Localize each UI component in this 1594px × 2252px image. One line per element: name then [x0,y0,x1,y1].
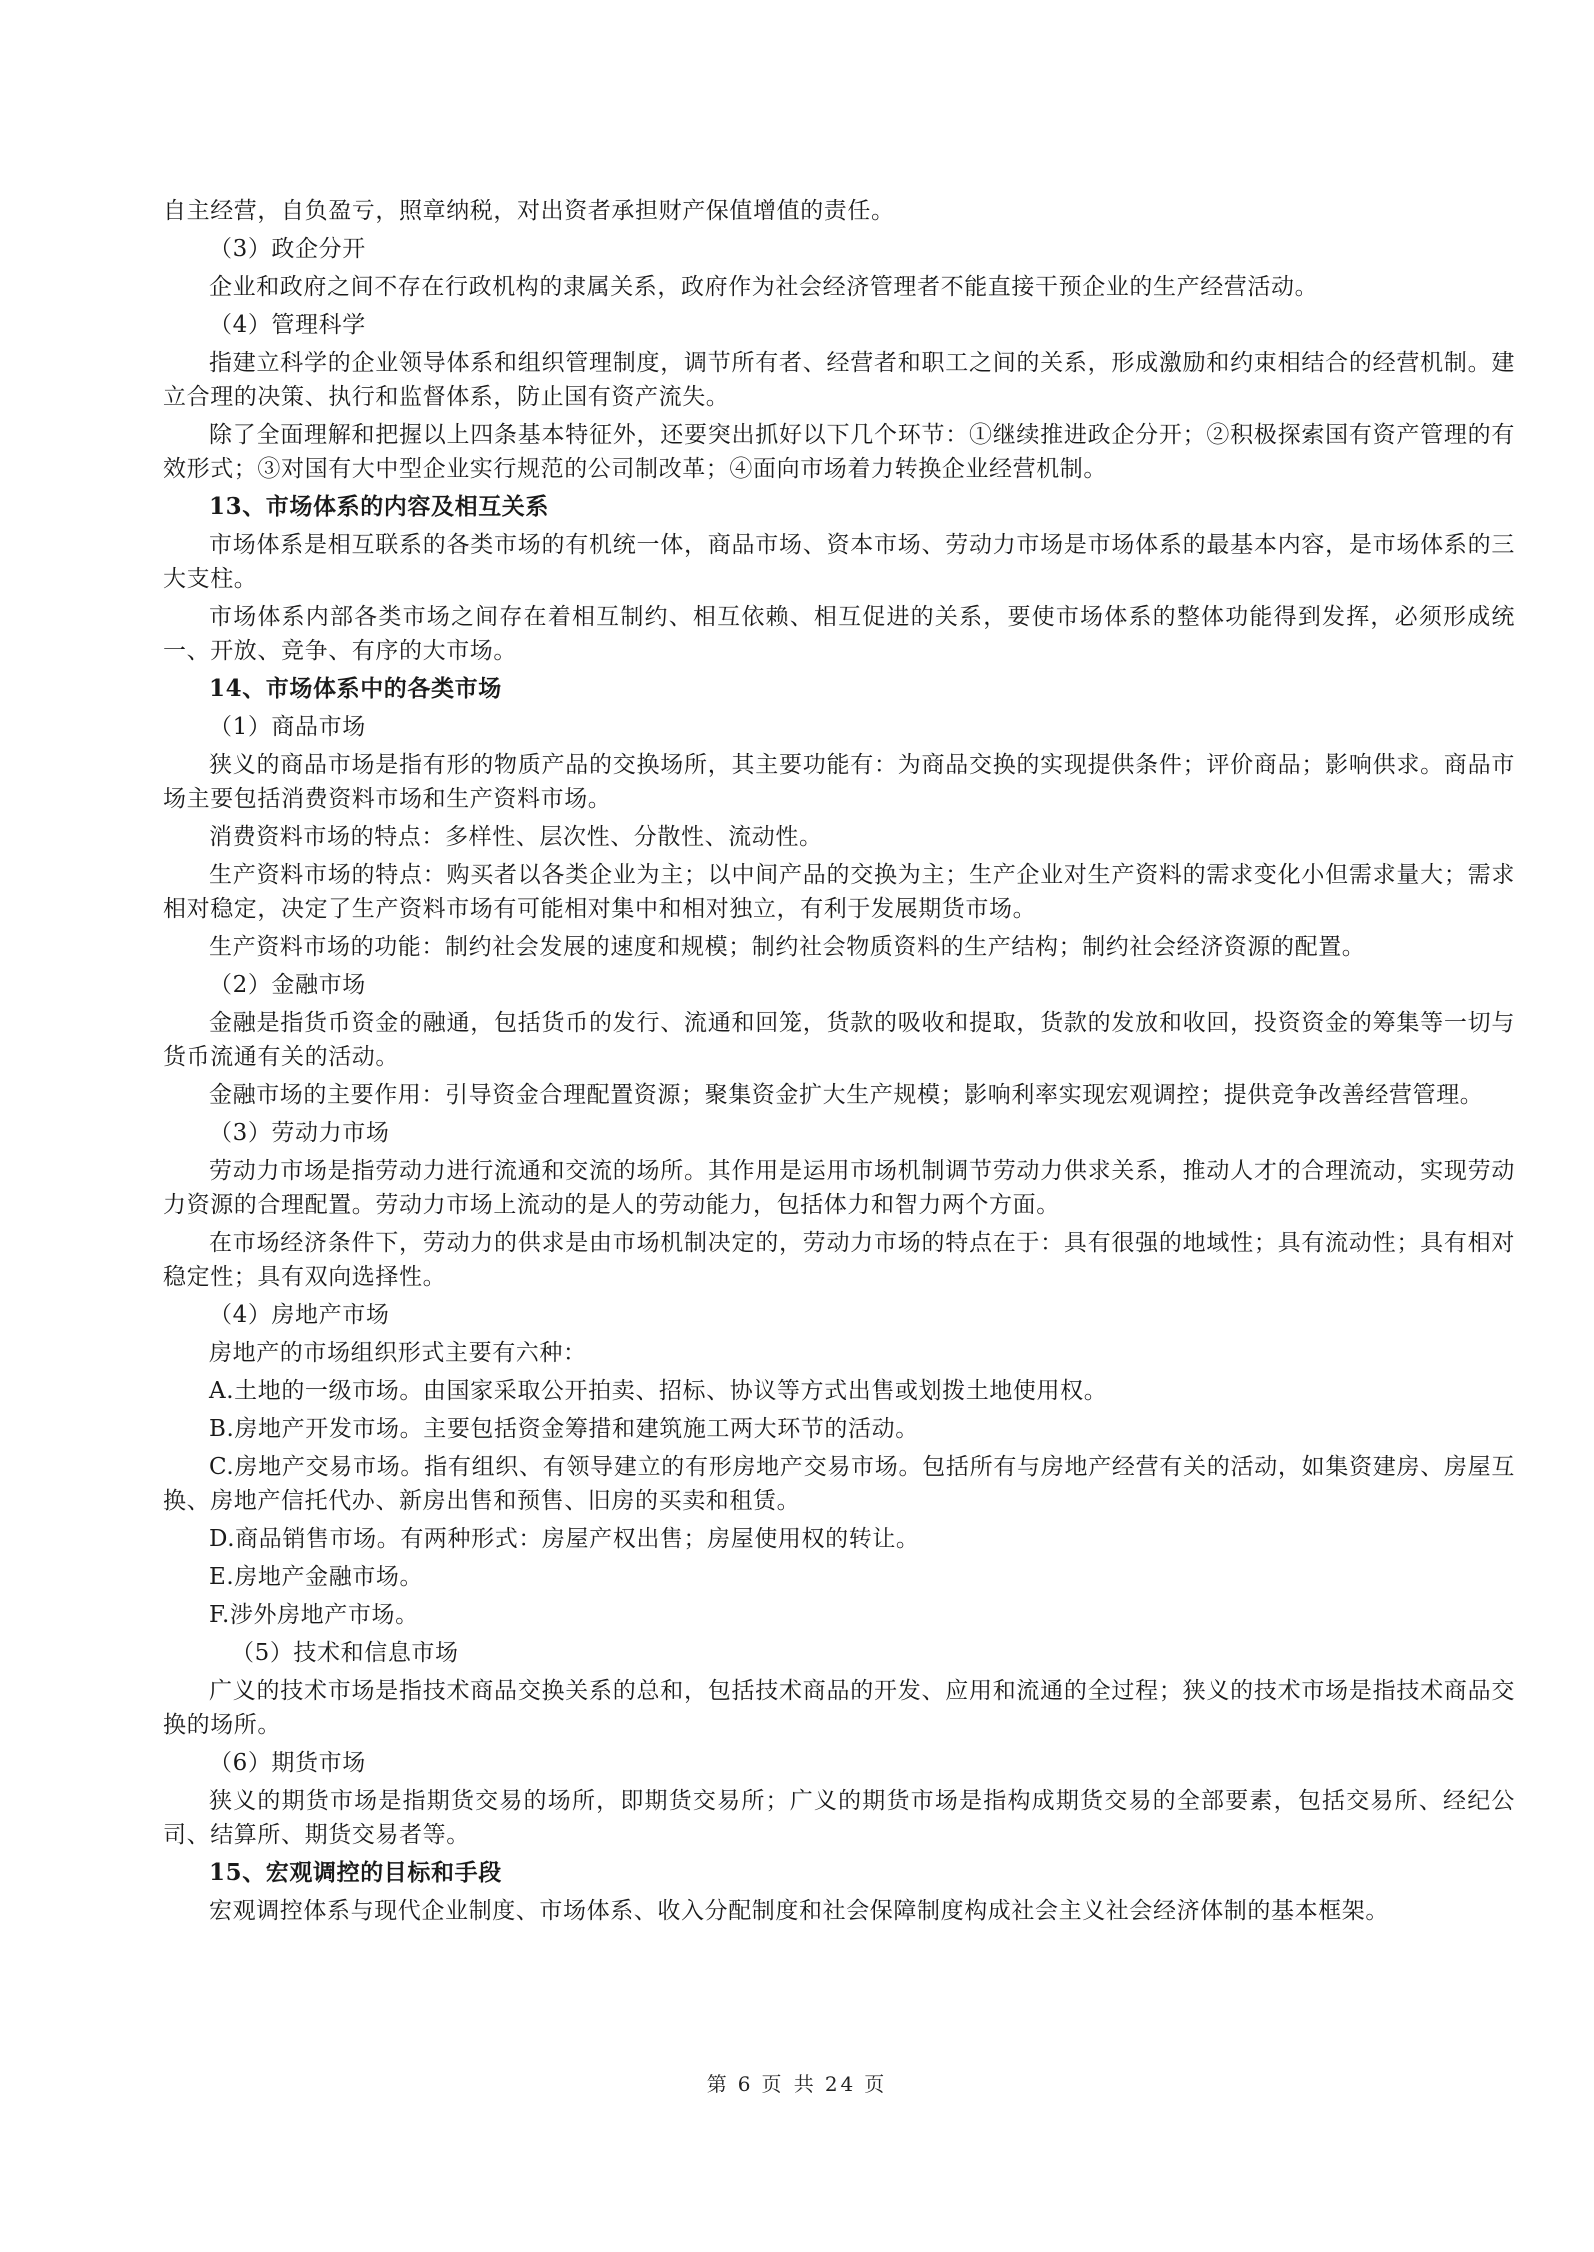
paragraph: 生产资料市场的功能：制约社会发展的速度和规模；制约社会物质资料的生产结构；制约社… [163,930,1515,964]
section-heading-13: 13、市场体系的内容及相互关系 [163,490,1515,524]
list-item-c: C.房地产交易市场。指有组织、有领导建立的有形房地产交易市场。包括所有与房地产经… [163,1450,1515,1518]
paragraph: 劳动力市场是指劳动力进行流通和交流的场所。其作用是运用市场机制调节劳动力供求关系… [163,1154,1515,1222]
footer-suffix: 页 [864,2072,887,2096]
paragraph: 宏观调控体系与现代企业制度、市场体系、收入分配制度和社会保障制度构成社会主义社会… [163,1894,1515,1928]
subheading-tech-info-market: （5）技术和信息市场 [163,1636,1515,1670]
paragraph: 狭义的期货市场是指期货交易的场所，即期货交易所；广义的期货市场是指构成期货交易的… [163,1784,1515,1852]
footer-mid: 页 共 [761,2072,816,2096]
current-page-number: 6 [738,2072,754,2096]
paragraph: 企业和政府之间不存在行政机构的隶属关系，政府作为社会经济管理者不能直接干预企业的… [163,270,1515,304]
footer-prefix: 第 [707,2072,730,2096]
list-item-e: E.房地产金融市场。 [163,1560,1515,1594]
paragraph: 金融市场的主要作用：引导资金合理配置资源；聚集资金扩大生产规模；影响利率实现宏观… [163,1078,1515,1112]
paragraph: 房地产的市场组织形式主要有六种： [163,1336,1515,1370]
list-item-d: D.商品销售市场。有两种形式：房屋产权出售；房屋使用权的转让。 [163,1522,1515,1556]
section-heading-14: 14、市场体系中的各类市场 [163,672,1515,706]
total-pages: 24 [825,2072,856,2096]
section-heading-15: 15、宏观调控的目标和手段 [163,1856,1515,1890]
paragraph: 在市场经济条件下，劳动力的供求是由市场机制决定的，劳动力市场的特点在于：具有很强… [163,1226,1515,1294]
paragraph: 指建立科学的企业领导体系和组织管理制度，调节所有者、经营者和职工之间的关系，形成… [163,346,1515,414]
subheading-commodity-market: （1）商品市场 [163,710,1515,744]
list-item-a: A.土地的一级市场。由国家采取公开拍卖、招标、协议等方式出售或划拨土地使用权。 [163,1374,1515,1408]
subheading-real-estate-market: （4）房地产市场 [163,1298,1515,1332]
paragraph: 生产资料市场的特点：购买者以各类企业为主；以中间产品的交换为主；生产企业对生产资… [163,858,1515,926]
list-item-b: B.房地产开发市场。主要包括资金筹措和建筑施工两大环节的活动。 [163,1412,1515,1446]
subheading-scientific-management: （4）管理科学 [163,308,1515,342]
document-body: 自主经营，自负盈亏，照章纳税，对出资者承担财产保值增值的责任。 （3）政企分开 … [163,194,1515,1932]
paragraph-continuation: 自主经营，自负盈亏，照章纳税，对出资者承担财产保值增值的责任。 [163,194,1515,228]
paragraph: 市场体系内部各类市场之间存在着相互制约、相互依赖、相互促进的关系，要使市场体系的… [163,600,1515,668]
paragraph: 除了全面理解和把握以上四条基本特征外，还要突出抓好以下几个环节：①继续推进政企分… [163,418,1515,486]
list-item-f: F.涉外房地产市场。 [163,1598,1515,1632]
paragraph: 消费资料市场的特点：多样性、层次性、分散性、流动性。 [163,820,1515,854]
paragraph: 金融是指货币资金的融通，包括货币的发行、流通和回笼，货款的吸收和提取，货款的发放… [163,1006,1515,1074]
paragraph: 广义的技术市场是指技术商品交换关系的总和，包括技术商品的开发、应用和流通的全过程… [163,1674,1515,1742]
subheading-financial-market: （2）金融市场 [163,968,1515,1002]
subheading-separation-of-government: （3）政企分开 [163,232,1515,266]
subheading-futures-market: （6）期货市场 [163,1746,1515,1780]
page-footer: 第6页 共24页 [0,2068,1594,2097]
subheading-labor-market: （3）劳动力市场 [163,1116,1515,1150]
paragraph: 市场体系是相互联系的各类市场的有机统一体，商品市场、资本市场、劳动力市场是市场体… [163,528,1515,596]
paragraph: 狭义的商品市场是指有形的物质产品的交换场所，其主要功能有：为商品交换的实现提供条… [163,748,1515,816]
